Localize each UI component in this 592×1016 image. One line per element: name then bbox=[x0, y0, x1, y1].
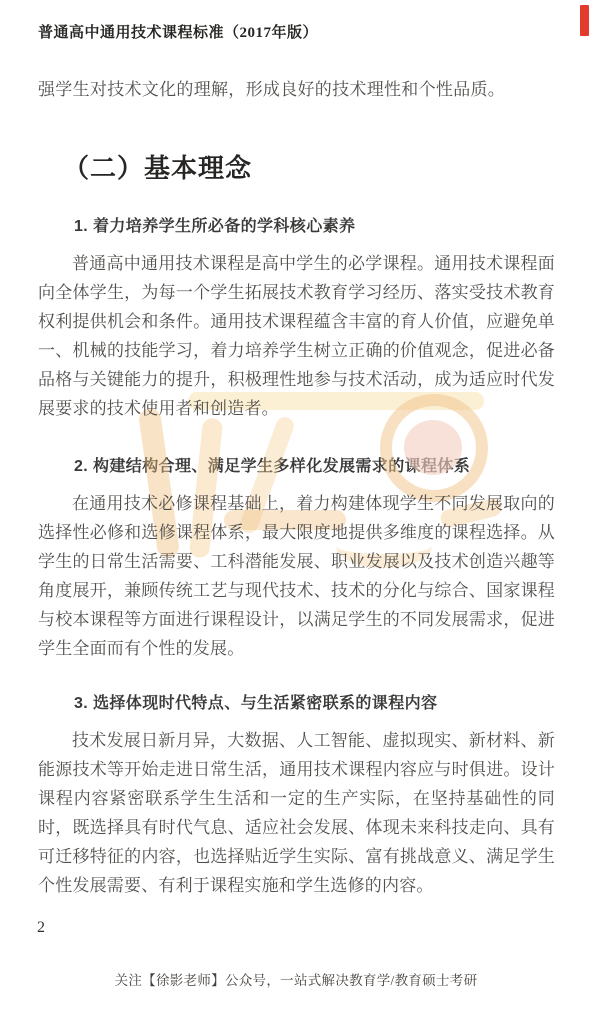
paragraph-1: 普通高中通用技术课程是高中学生的必学课程。通用技术课程面向全体学生，为每一个学生… bbox=[38, 249, 555, 423]
footer-note: 关注【徐影老师】公众号，一站式解决教育学/教育硕士考研 bbox=[0, 969, 592, 989]
carryover-paragraph-line: 强学生对技术文化的理解，形成良好的技术理性和个性品质。 bbox=[38, 75, 558, 100]
subsection-heading-2: 2. 构建结构合理、满足学生多样化发展需求的课程体系 bbox=[38, 453, 554, 476]
document-page: 普通高中通用技术课程标准（2017年版） 强学生对技术文化的理解，形成良好的技术… bbox=[0, 0, 592, 1016]
running-header: 普通高中通用技术课程标准（2017年版） bbox=[38, 21, 554, 42]
section-title: （二）基本理念 bbox=[63, 148, 543, 185]
subsection-heading-1: 1. 着力培养学生所必备的学科核心素养 bbox=[38, 213, 554, 236]
paragraph-2: 在通用技术必修课程基础上，着力构建体现学生不同发展取向的选择性必修和选修课程体系… bbox=[38, 489, 555, 663]
page-number: 2 bbox=[37, 919, 45, 937]
subsection-heading-3: 3. 选择体现时代特点、与生活紧密联系的课程内容 bbox=[38, 690, 554, 713]
paragraph-3: 技术发展日新月异，大数据、人工智能、虚拟现实、新材料、新能源技术等开始走进日常生… bbox=[38, 726, 555, 900]
red-bookmark-mark bbox=[580, 5, 589, 36]
